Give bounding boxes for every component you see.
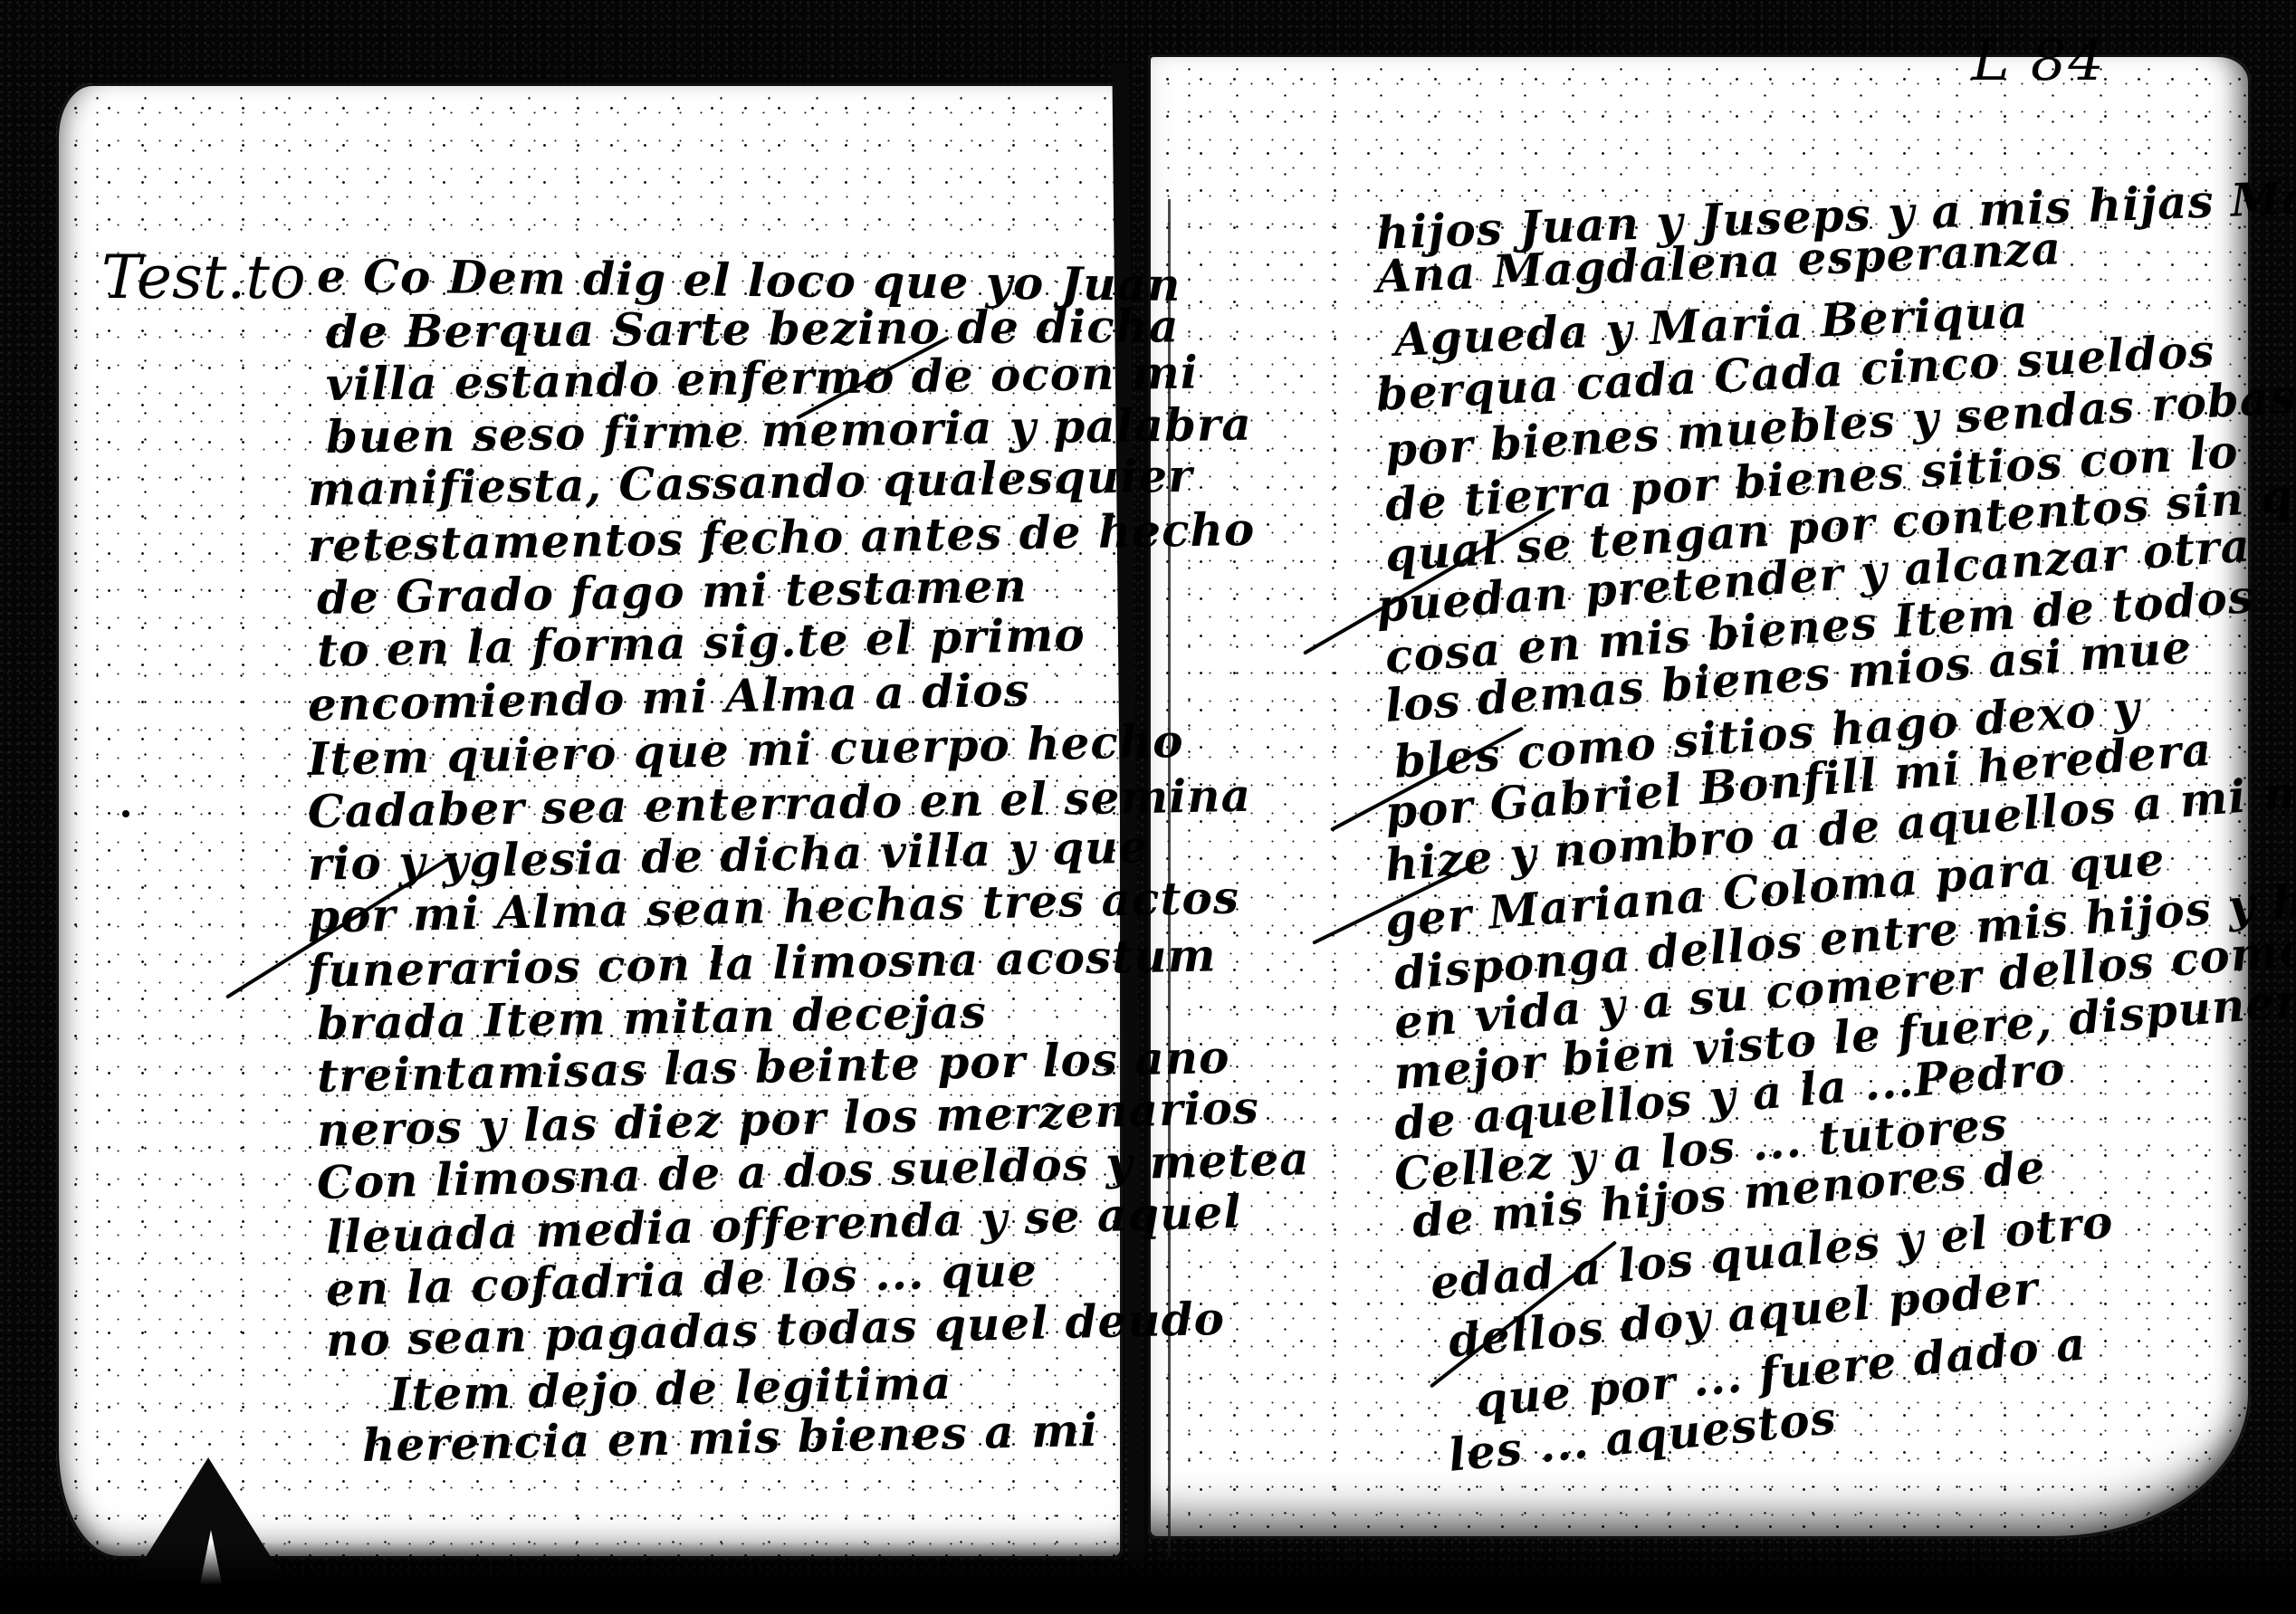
- ink-dot: [122, 810, 129, 817]
- margin-note-testamento: Test.to: [101, 243, 306, 312]
- folio-number: L 84: [1972, 27, 2106, 93]
- bottom-edge-shadow: [0, 1542, 2296, 1614]
